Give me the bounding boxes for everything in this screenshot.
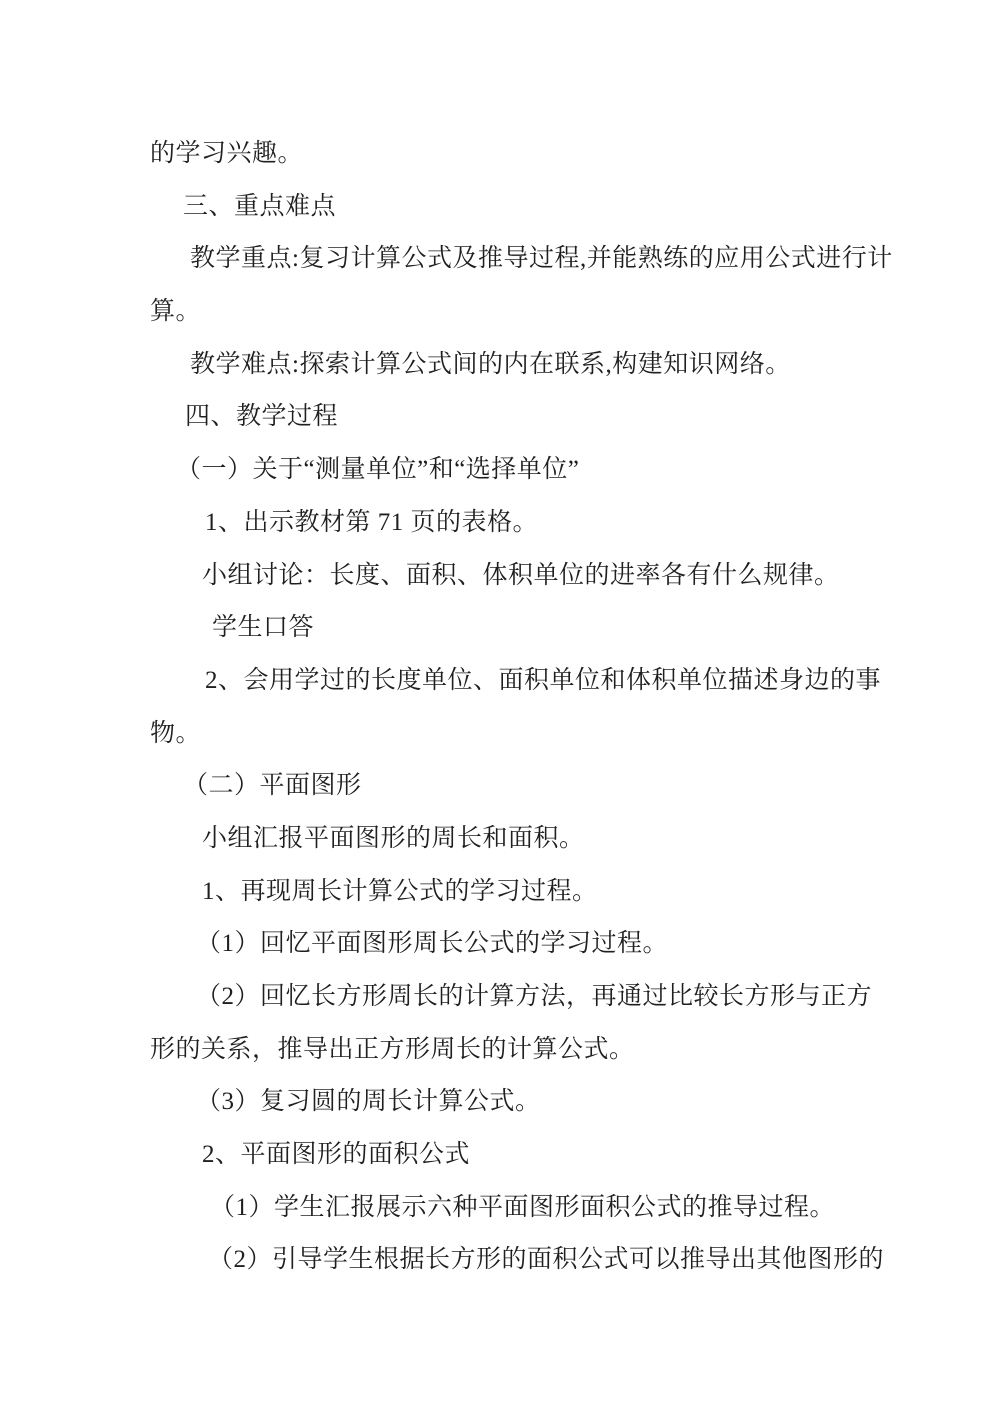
text-line: 算。 [150,286,890,339]
text-line: 小组汇报平面图形的周长和面积。 [150,813,890,866]
text-line: （2）回忆长方形周长的计算方法，再通过比较长方形与正方 [150,971,890,1024]
text-line: 形的关系，推导出正方形周长的计算公式。 [150,1024,890,1077]
text-line: 小组讨论：长度、面积、体积单位的进率各有什么规律。 [150,550,890,603]
text-line: 教学重点:复习计算公式及推导过程,并能熟练的应用公式进行计 [150,233,890,286]
text-line: （1）学生汇报展示六种平面图形面积公式的推导过程。 [150,1182,890,1235]
text-line: 四、教学过程 [150,391,890,444]
text-line: 2、会用学过的长度单位、面积单位和体积单位描述身边的事 [150,655,890,708]
document-page: 的学习兴趣。三、重点难点教学重点:复习计算公式及推导过程,并能熟练的应用公式进行… [0,0,1000,1415]
text-line: 物。 [150,708,890,761]
text-line: （1）回忆平面图形周长公式的学习过程。 [150,918,890,971]
text-line: 1、再现周长计算公式的学习过程。 [150,866,890,919]
text-line: 学生口答 [150,602,890,655]
text-line: 的学习兴趣。 [150,128,890,181]
text-line: 2、平面图形的面积公式 [150,1129,890,1182]
text-line: 三、重点难点 [150,181,890,234]
document-body: 的学习兴趣。三、重点难点教学重点:复习计算公式及推导过程,并能熟练的应用公式进行… [150,128,890,1287]
text-line: （二）平面图形 [150,760,890,813]
text-line: （3）复习圆的周长计算公式。 [150,1076,890,1129]
text-line: 教学难点:探索计算公式间的内在联系,构建知识网络。 [150,339,890,392]
text-line: （2）引导学生根据长方形的面积公式可以推导出其他图形的 [150,1234,890,1287]
text-line: （一）关于“测量单位”和“选择单位” [150,444,890,497]
text-line: 1、出示教材第 71 页的表格。 [150,497,890,550]
